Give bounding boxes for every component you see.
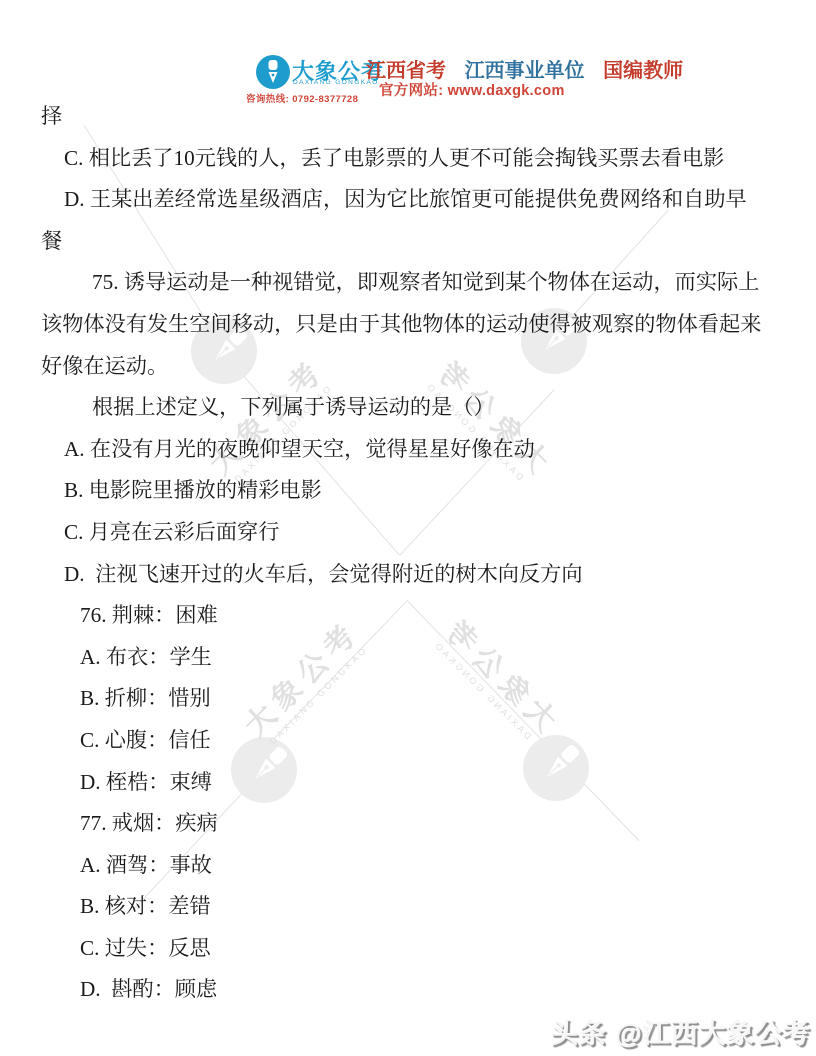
text-line: 餐: [41, 221, 816, 263]
header: 大象公考 DAXIANG GONGKAO 咨询热线: 0792-8377728 …: [0, 0, 816, 110]
text-line: D. 桎梏：束缚: [80, 762, 816, 804]
text-line: B. 核对：差错: [80, 886, 816, 928]
text-line: 好像在运动。: [41, 346, 816, 388]
text-line: D. 斟酌：顾虑: [80, 969, 816, 1011]
text-line: A. 酒驾：事故: [80, 845, 816, 887]
text-line: 该物体没有发生空间移动，只是由于其他物体的运动使得被观察的物体看起来: [41, 304, 816, 346]
text-line: B. 电影院里播放的精彩电影: [64, 470, 816, 512]
text-line: 根据上述定义，下列属于诱导运动的是（）: [92, 387, 816, 429]
brand-logo-icon: [256, 55, 290, 89]
text-line: A. 在没有月光的夜晚仰望天空，觉得星星好像在动: [64, 429, 816, 471]
document-page: 大象公考 DAXIANG GONGKAO 大象公考 DAXIANG GONGKA…: [0, 0, 816, 1056]
hotline-text: 咨询热线: 0792-8377728: [246, 91, 358, 105]
tagline-part: 国编教师: [603, 60, 683, 82]
text-line: C. 过失：反思: [80, 928, 816, 970]
text-line: 76. 荆棘：困难: [80, 595, 816, 637]
text-line: 75. 诱导运动是一种视错觉，即观察者知觉到某个物体在运动，而实际上: [92, 262, 816, 304]
text-line: D. 王某出差经常选星级酒店，因为它比旅馆更可能提供免费网络和自助早: [64, 179, 816, 221]
text-line: 77. 戒烟：疾病: [80, 803, 816, 845]
text-line: C. 相比丢了10元钱的人，丢了电影票的人更不可能会掏钱买票去看电影: [64, 138, 816, 180]
website-text: 官方网站: www.daxgk.com: [379, 79, 565, 100]
document-lines: 择C. 相比丢了10元钱的人，丢了电影票的人更不可能会掏钱买票去看电影D. 王某…: [0, 96, 816, 1011]
footer-credit: 头条 @江西大象公考: [551, 1012, 811, 1051]
text-line: C. 心腹：信任: [80, 720, 816, 762]
text-line: A. 布衣：学生: [80, 637, 816, 679]
text-line: B. 折柳：惜别: [80, 678, 816, 720]
text-line: D. 注视飞速开过的火车后，会觉得附近的树木向反方向: [64, 554, 816, 596]
text-line: C. 月亮在云彩后面穿行: [64, 512, 816, 554]
